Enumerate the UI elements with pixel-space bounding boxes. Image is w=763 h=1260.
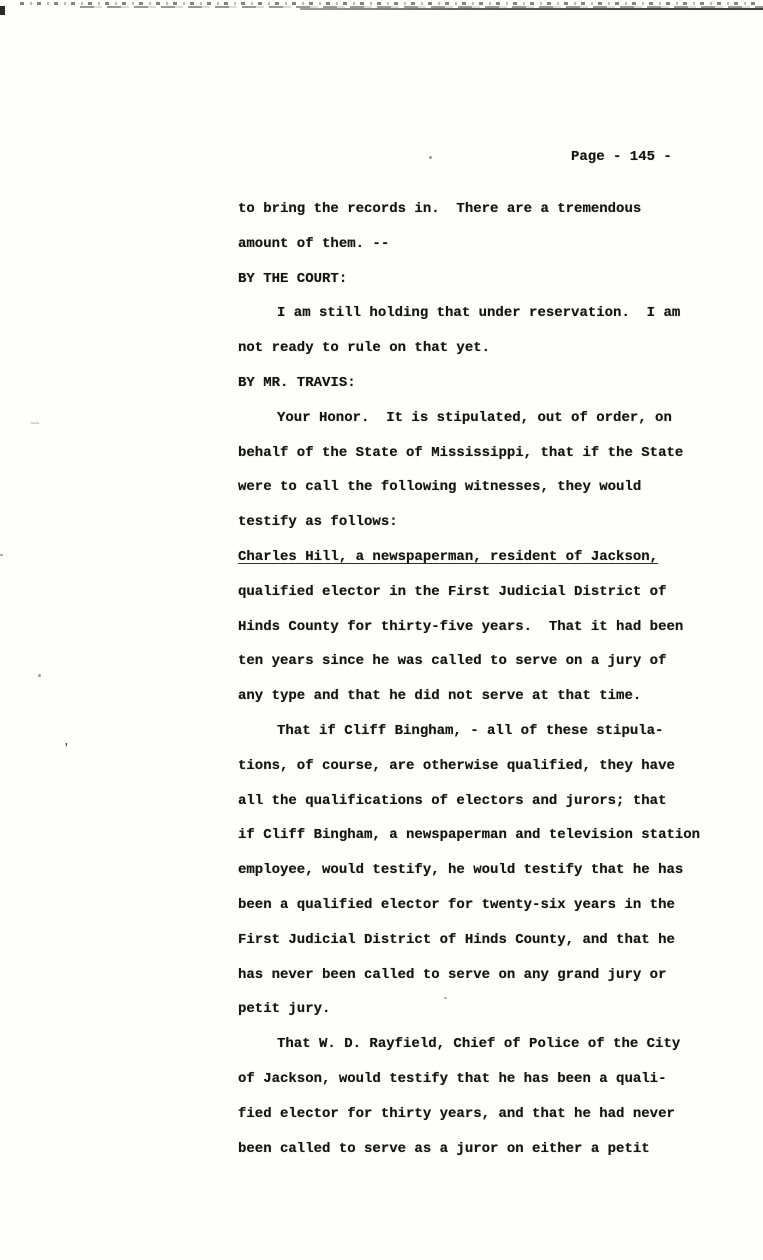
transcript-line: employee, would testify, he would testif… (238, 853, 750, 888)
scan-edge-dashes (20, 2, 760, 5)
scan-edge-line (300, 8, 763, 10)
transcript-line: any type and that he did not serve at th… (238, 679, 750, 714)
transcript-line: That if Cliff Bingham, - all of these st… (238, 714, 750, 749)
transcript-line: testify as follows: (238, 505, 750, 540)
transcript-line: fied elector for thirty years, and that … (238, 1097, 750, 1132)
transcript-line: all the qualifications of electors and j… (238, 784, 750, 819)
scan-edge-tick (0, 6, 5, 15)
transcript-line: Hinds County for thirty-five years. That… (238, 610, 750, 645)
margin-mark: ʼ (63, 744, 70, 755)
transcript-line: to bring the records in. There are a tre… (238, 192, 750, 227)
transcript-line: behalf of the State of Mississippi, that… (238, 436, 750, 471)
page-number: Page - 145 - (571, 149, 672, 165)
transcript-line: of Jackson, would testify that he has be… (238, 1062, 750, 1097)
transcript-line: has never been called to serve on any gr… (238, 958, 750, 993)
margin-smudge: ~~ (30, 420, 39, 429)
transcript-line: not ready to rule on that yet. (238, 331, 750, 366)
transcript-line: ten years since he was called to serve o… (238, 644, 750, 679)
scan-dot (38, 674, 41, 677)
scan-dot (0, 554, 3, 556)
transcript-line: I am still holding that under reservatio… (238, 296, 750, 331)
transcript-line: That W. D. Rayfield, Chief of Police of … (238, 1027, 750, 1062)
transcript-line: Your Honor. It is stipulated, out of ord… (238, 401, 750, 436)
scanned-page: ~~ ʼ Page - 145 - to bring the records i… (0, 0, 763, 1260)
transcript-line: BY THE COURT: (238, 262, 750, 297)
transcript-line: were to call the following witnesses, th… (238, 470, 750, 505)
transcript-line: BY MR. TRAVIS: (238, 366, 750, 401)
transcript-line: if Cliff Bingham, a newspaperman and tel… (238, 818, 750, 853)
transcript-line: been a qualified elector for twenty-six … (238, 888, 750, 923)
transcript-line: tions, of course, are otherwise qualifie… (238, 749, 750, 784)
transcript-body: to bring the records in. There are a tre… (238, 192, 750, 1166)
scan-dot (429, 156, 432, 159)
transcript-line: qualified elector in the First Judicial … (238, 575, 750, 610)
transcript-line: First Judicial District of Hinds County,… (238, 923, 750, 958)
transcript-line: petit jury. (238, 992, 750, 1027)
transcript-line: amount of them. -- (238, 227, 750, 262)
transcript-line: been called to serve as a juror on eithe… (238, 1132, 750, 1167)
transcript-line: Charles Hill, a newspaperman, resident o… (238, 540, 750, 575)
